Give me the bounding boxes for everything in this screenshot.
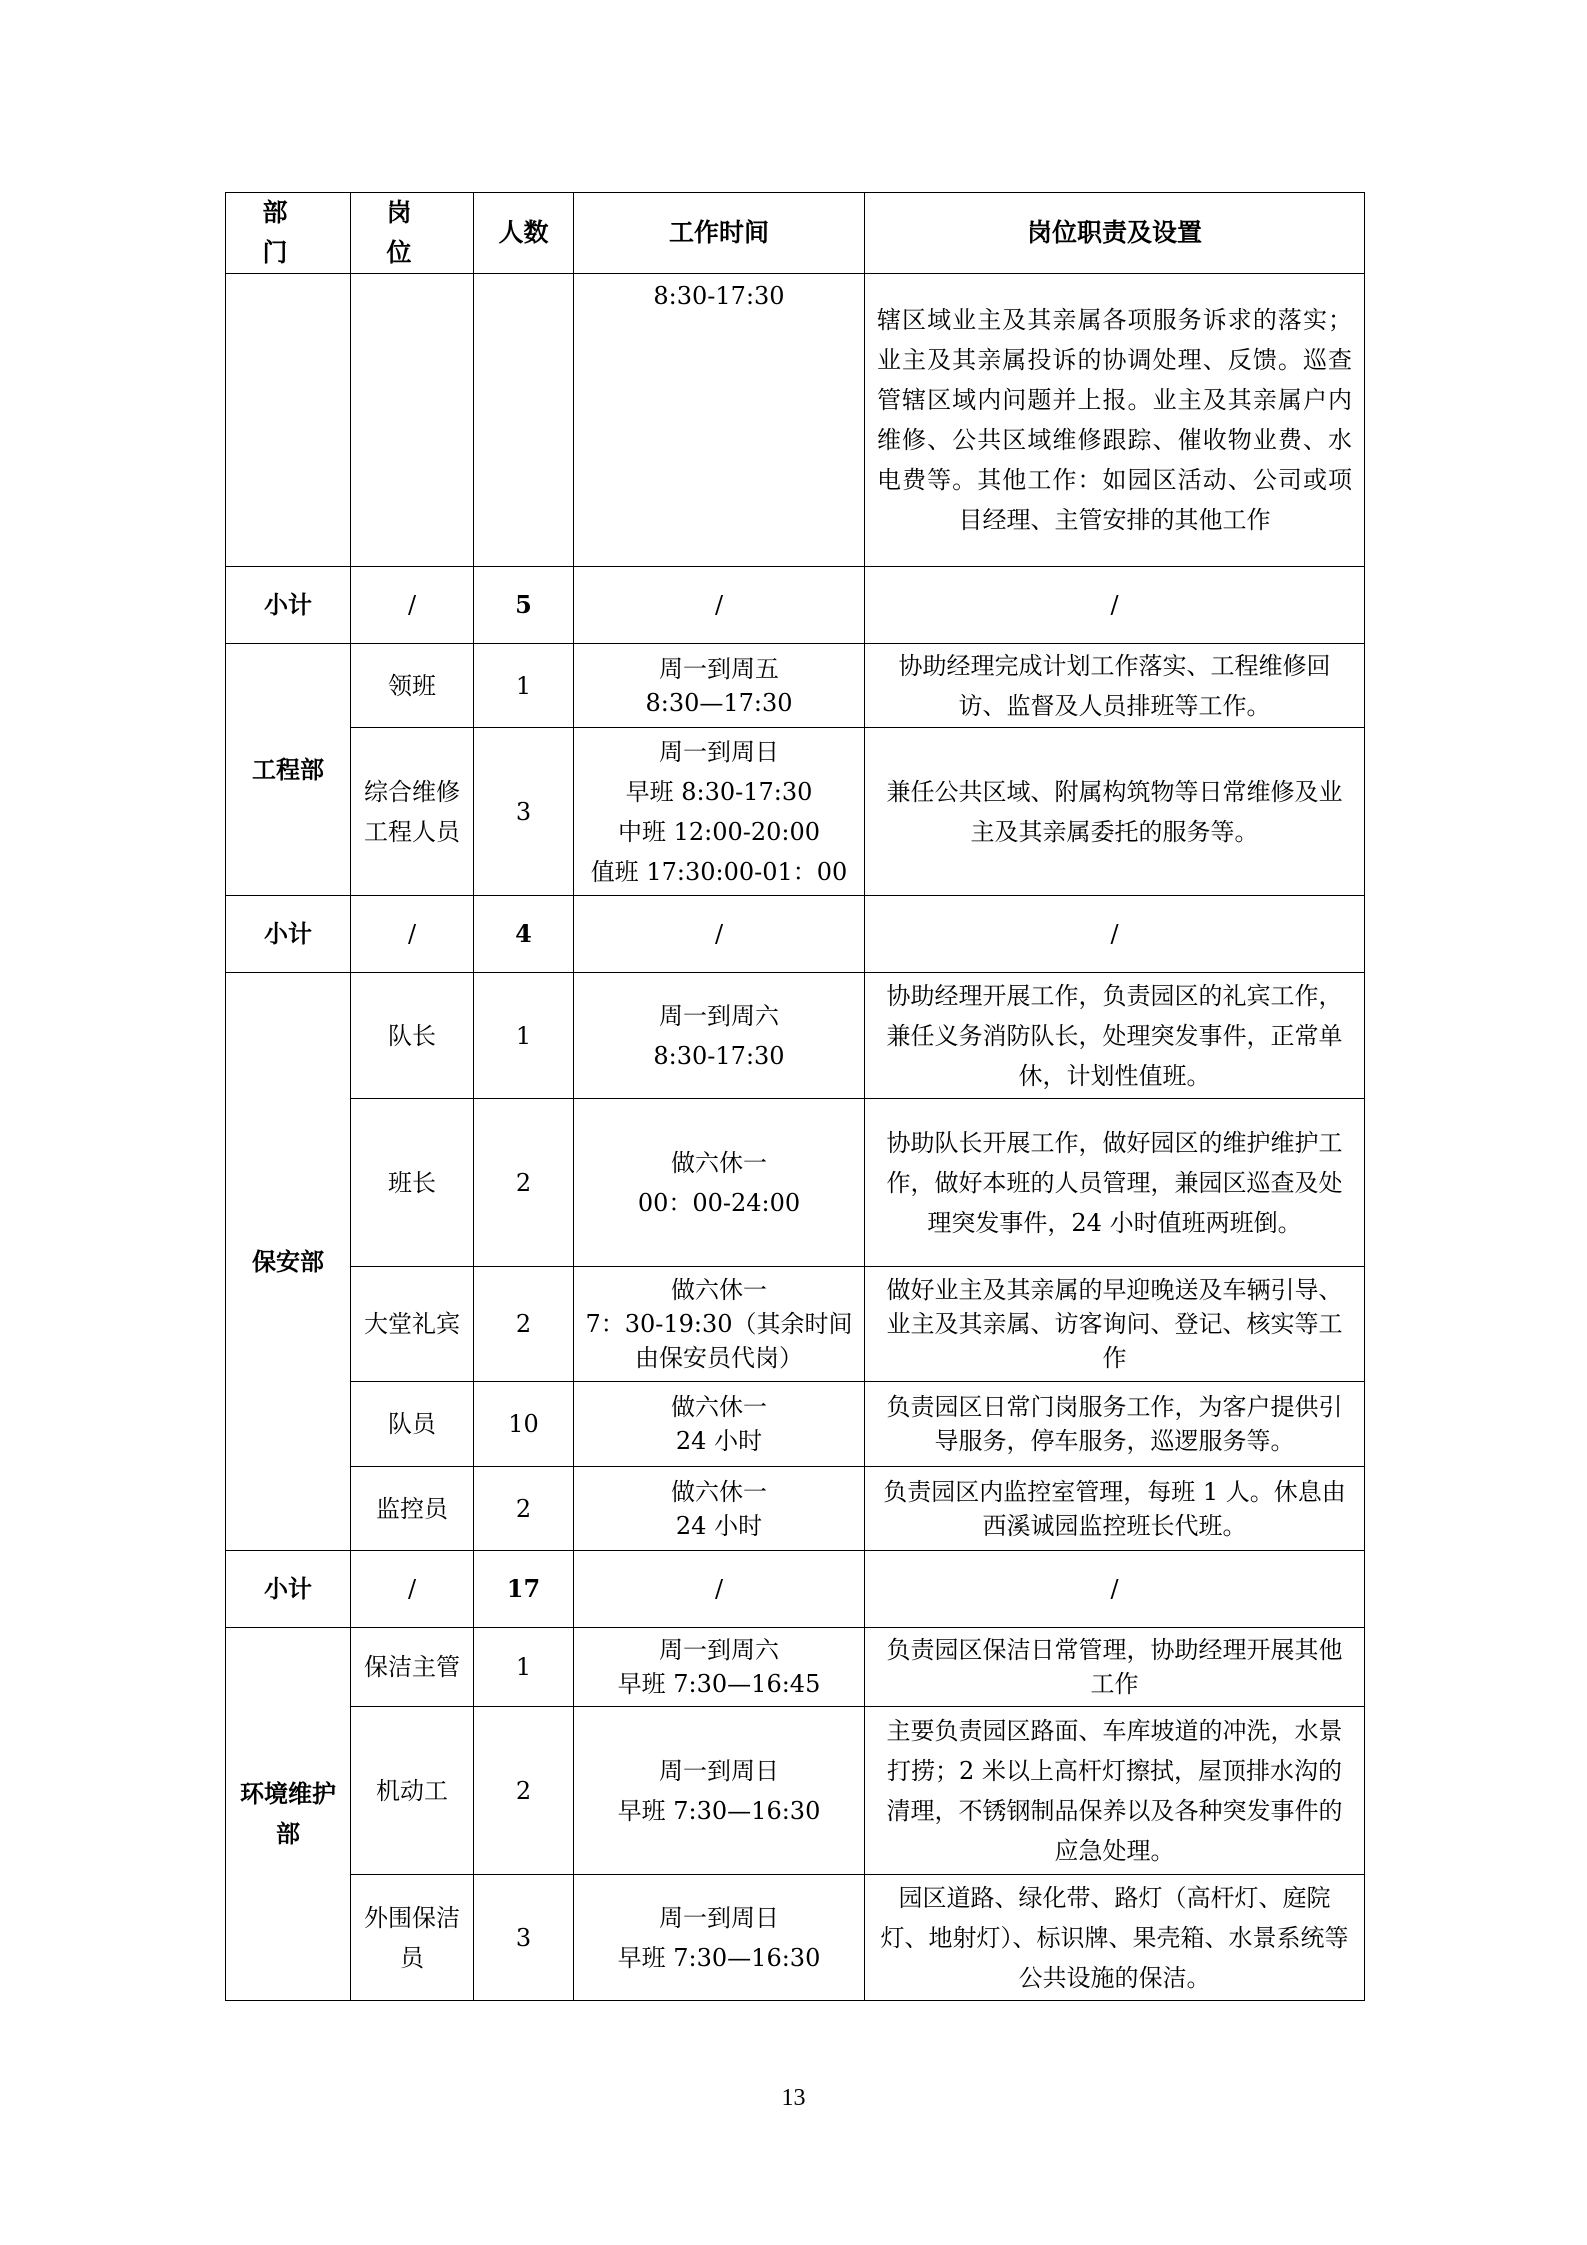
count-cell: 1	[474, 973, 574, 1099]
duty-cell: 负责园区内监控室管理，每班 1 人。休息由西溪诚园监控班长代班。	[865, 1467, 1365, 1551]
subtotal-duty: /	[865, 1551, 1365, 1628]
duty-cell: 做好业主及其亲属的早迎晚送及车辆引导、业主及其亲属、访客询问、登记、核实等工作	[865, 1267, 1365, 1382]
count-cell: 3	[474, 1875, 574, 2001]
duty-cell: 协助经理开展工作，负责园区的礼宾工作，兼任义务消防队长，处理突发事件，正常单休，…	[865, 973, 1365, 1099]
post-cell: 机动工	[351, 1707, 474, 1875]
dept-cell: 保安部	[226, 973, 351, 1551]
duty-cell: 协助经理完成计划工作落实、工程维修回访、监督及人员排班等工作。	[865, 644, 1365, 728]
count-cell: 3	[474, 728, 574, 896]
time-cell: 做六休一 24 小时	[574, 1467, 865, 1551]
time-cell: 周一到周六 早班 7:30—16:45	[574, 1628, 865, 1707]
post-cell: 队员	[351, 1382, 474, 1467]
page-number: 13	[0, 2085, 1587, 2112]
subtotal-label: 小计	[226, 567, 351, 644]
subtotal-label: 小计	[226, 1551, 351, 1628]
time-cell: 做六休一 00：00-24:00	[574, 1099, 865, 1267]
subtotal-count: 4	[474, 896, 574, 973]
count-cell: 10	[474, 1382, 574, 1467]
table-row: 工程部 领班 1 周一到周五 8:30—17:30 协助经理完成计划工作落实、工…	[226, 644, 1365, 728]
dept-cell: 环境维护部	[226, 1628, 351, 2001]
table-row: 外围保洁员 3 周一到周日 早班 7:30—16:30 园区道路、绿化带、路灯（…	[226, 1875, 1365, 2001]
subtotal-time: /	[574, 567, 865, 644]
time-cell: 做六休一 7：30-19:30（其余时间由保安员代岗）	[574, 1267, 865, 1382]
duty-cell: 负责园区保洁日常管理，协助经理开展其他工作	[865, 1628, 1365, 1707]
subtotal-post: /	[351, 896, 474, 973]
subtotal-row: 小计 / 4 / /	[226, 896, 1365, 973]
subtotal-time: /	[574, 1551, 865, 1628]
post-cell: 外围保洁员	[351, 1875, 474, 2001]
subtotal-duty: /	[865, 567, 1365, 644]
post-cell: 监控员	[351, 1467, 474, 1551]
post-cell: 班长	[351, 1099, 474, 1267]
subtotal-time: /	[574, 896, 865, 973]
header-post: 岗 位	[351, 193, 474, 274]
time-cell: 周一到周五 8:30—17:30	[574, 644, 865, 728]
count-cell: 1	[474, 1628, 574, 1707]
table-row: 大堂礼宾 2 做六休一 7：30-19:30（其余时间由保安员代岗） 做好业主及…	[226, 1267, 1365, 1382]
post-cell: 队长	[351, 973, 474, 1099]
header-dept: 部 门	[226, 193, 351, 274]
count-cell	[474, 274, 574, 567]
count-cell: 1	[474, 644, 574, 728]
subtotal-row: 小计 / 17 / /	[226, 1551, 1365, 1628]
duty-cell: 协助队长开展工作，做好园区的维护维护工作，做好本班的人员管理，兼园区巡查及处理突…	[865, 1099, 1365, 1267]
subtotal-count: 17	[474, 1551, 574, 1628]
duty-cell: 园区道路、绿化带、路灯（高杆灯、庭院灯、地射灯）、标识牌、果壳箱、水景系统等公共…	[865, 1875, 1365, 2001]
subtotal-row: 小计 / 5 / /	[226, 567, 1365, 644]
subtotal-post: /	[351, 1551, 474, 1628]
header-duty: 岗位职责及设置	[865, 193, 1365, 274]
time-cell: 周一到周六 8:30-17:30	[574, 973, 865, 1099]
post-cell: 综合维修工程人员	[351, 728, 474, 896]
staffing-table: 部 门 岗 位 人数 工作时间 岗位职责及设置 8:30-17:30 辖区域业主…	[225, 192, 1365, 2001]
post-cell: 保洁主管	[351, 1628, 474, 1707]
header-count: 人数	[474, 193, 574, 274]
count-cell: 2	[474, 1467, 574, 1551]
table-row: 机动工 2 周一到周日 早班 7:30—16:30 主要负责园区路面、车库坡道的…	[226, 1707, 1365, 1875]
table-row: 8:30-17:30 辖区域业主及其亲属各项服务诉求的落实；业主及其亲属投诉的协…	[226, 274, 1365, 567]
time-cell: 8:30-17:30	[574, 274, 865, 567]
header-time: 工作时间	[574, 193, 865, 274]
table-row: 队员 10 做六休一 24 小时 负责园区日常门岗服务工作，为客户提供引导服务，…	[226, 1382, 1365, 1467]
count-cell: 2	[474, 1099, 574, 1267]
post-cell	[351, 274, 474, 567]
time-cell: 周一到周日 早班 7:30—16:30	[574, 1707, 865, 1875]
subtotal-post: /	[351, 567, 474, 644]
duty-cell: 辖区域业主及其亲属各项服务诉求的落实；业主及其亲属投诉的协调处理、反馈。巡查管辖…	[865, 274, 1365, 567]
time-cell: 周一到周日 早班 7:30—16:30	[574, 1875, 865, 2001]
post-cell: 领班	[351, 644, 474, 728]
dept-cell: 工程部	[226, 644, 351, 896]
time-cell: 做六休一 24 小时	[574, 1382, 865, 1467]
duty-cell: 兼任公共区域、附属构筑物等日常维修及业主及其亲属委托的服务等。	[865, 728, 1365, 896]
header-row: 部 门 岗 位 人数 工作时间 岗位职责及设置	[226, 193, 1365, 274]
table-row: 保安部 队长 1 周一到周六 8:30-17:30 协助经理开展工作，负责园区的…	[226, 973, 1365, 1099]
duty-cell: 负责园区日常门岗服务工作，为客户提供引导服务，停车服务，巡逻服务等。	[865, 1382, 1365, 1467]
subtotal-count: 5	[474, 567, 574, 644]
post-cell: 大堂礼宾	[351, 1267, 474, 1382]
subtotal-duty: /	[865, 896, 1365, 973]
count-cell: 2	[474, 1707, 574, 1875]
table-row: 监控员 2 做六休一 24 小时 负责园区内监控室管理，每班 1 人。休息由西溪…	[226, 1467, 1365, 1551]
table-row: 环境维护部 保洁主管 1 周一到周六 早班 7:30—16:45 负责园区保洁日…	[226, 1628, 1365, 1707]
table-row: 班长 2 做六休一 00：00-24:00 协助队长开展工作，做好园区的维护维护…	[226, 1099, 1365, 1267]
dept-cell	[226, 274, 351, 567]
subtotal-label: 小计	[226, 896, 351, 973]
time-cell: 周一到周日 早班 8:30-17:30 中班 12:00-20:00 值班 17…	[574, 728, 865, 896]
table-row: 综合维修工程人员 3 周一到周日 早班 8:30-17:30 中班 12:00-…	[226, 728, 1365, 896]
count-cell: 2	[474, 1267, 574, 1382]
duty-cell: 主要负责园区路面、车库坡道的冲洗，水景打捞；2 米以上高杆灯擦拭，屋顶排水沟的清…	[865, 1707, 1365, 1875]
